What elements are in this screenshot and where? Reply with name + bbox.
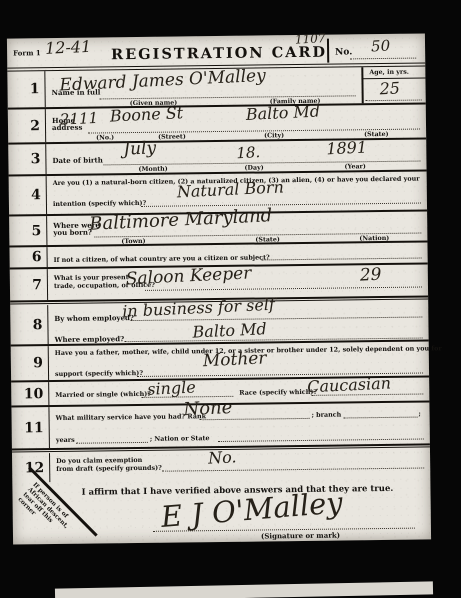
trade-blank-line (145, 287, 422, 291)
row-number: 7 (10, 269, 48, 300)
next-card-edge (55, 581, 433, 598)
registration-card: Form 1 12-41 REGISTRATION CARD 1107 No. … (7, 33, 431, 544)
card-number-handwriting: 50 (371, 37, 391, 56)
years-blank-line (76, 442, 148, 444)
row-number: 2 (8, 109, 46, 142)
not-citizen-label: If not a citizen, of what country are yo… (54, 253, 270, 264)
address-street-handwriting: Boone St (109, 103, 183, 125)
row-number: 6 (9, 247, 47, 267)
nation-or-state-label: ; Nation or State (150, 434, 210, 443)
signature-caption: (Signature or mark) (261, 531, 340, 541)
row-number: 10 (11, 382, 49, 405)
month-handwriting: July (123, 138, 157, 160)
row-military-service: 11 What military service have you had? R… (11, 402, 429, 448)
row-number: 9 (11, 346, 49, 380)
military-handwriting: None (183, 397, 233, 420)
no-blank-line (350, 58, 416, 60)
address-no-handwriting: 2111 (60, 109, 99, 129)
trade-number-handwriting: 29 (359, 265, 382, 286)
form-label: Form 1 (13, 48, 41, 57)
dependents-label-line2: support (specify which)? (55, 369, 143, 378)
year-handwriting: 1891 (326, 137, 368, 158)
header-divider (327, 39, 329, 63)
citizen-blank-line (141, 203, 421, 207)
race-handwriting: Caucasian (307, 373, 392, 396)
age-handwriting: 25 (379, 78, 400, 98)
branch-semicolon: ; (418, 410, 420, 418)
exemption-label-line2: from draft (specify grounds)? (56, 464, 162, 473)
row-trade: 7 What is your present trade, occupation… (10, 264, 428, 300)
no-label: No. (335, 47, 352, 57)
row-number: 5 (9, 216, 47, 245)
branch-blank-line (344, 417, 418, 419)
row-number: 11 (11, 407, 49, 448)
age-label: Age, in yrs. (369, 69, 409, 76)
address-city-handwriting: Balto Md (245, 101, 320, 123)
where-employed-handwriting: Balto Md (192, 319, 267, 341)
dependents-handwriting: Mother (202, 348, 266, 371)
row-employer: 8 By whom employed? in business for self… (10, 300, 428, 344)
scanned-page: Form 1 12-41 REGISTRATION CARD 1107 No. … (0, 0, 461, 598)
day-handwriting: 18. (236, 143, 261, 162)
not-citizen-blank-line (262, 258, 422, 261)
form-number-handwriting: 12-41 (45, 37, 92, 58)
exemption-handwriting: No. (208, 447, 237, 467)
where-born-label-line2: you born? (53, 228, 92, 237)
row-number: 3 (8, 144, 46, 174)
citizen-handwriting: Natural Born (176, 177, 284, 201)
citizen-question-line2: intention (specify which)? (53, 199, 146, 208)
age-box-divider (361, 67, 363, 103)
trade-handwriting: Saloon Keeper (125, 263, 251, 289)
married-handwriting: single (147, 377, 196, 398)
branch-label: ; branch (311, 411, 341, 419)
years-label: years (56, 436, 75, 444)
exemption-blank-line (162, 468, 424, 472)
race-label: Race (specify which)? (239, 388, 317, 397)
nation-blank-line (218, 439, 424, 443)
row-number: 8 (10, 305, 48, 344)
name-handwriting: Edward James O'Malley (59, 66, 266, 96)
married-label: Married or single (which)? (55, 390, 151, 399)
date-of-birth-label: Date of birth (52, 155, 103, 165)
row-name: 1 Name in full (Given name) (Family name… (7, 66, 425, 107)
title-number-handwriting: 1107 (295, 31, 326, 46)
age-underline (366, 100, 422, 102)
row-number: 4 (9, 176, 47, 214)
row-number: 1 (7, 71, 45, 107)
